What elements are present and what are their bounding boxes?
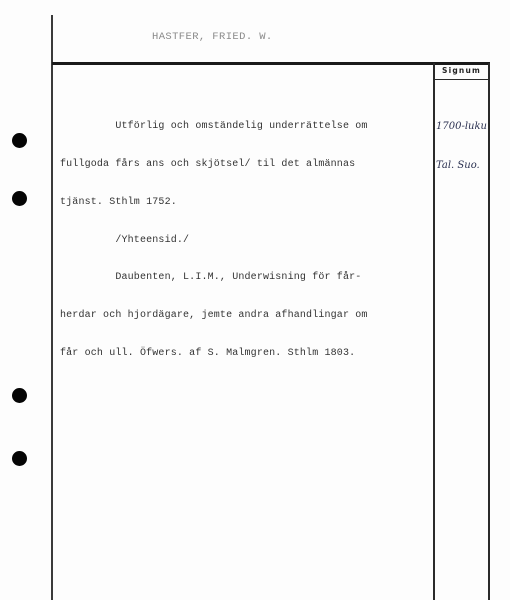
signum-column-left-rule (433, 63, 435, 600)
header-rule (52, 62, 490, 65)
punch-hole (12, 388, 27, 403)
catalog-card: HASTFER, FRIED. W. Signum Utförlig och o… (0, 0, 510, 600)
body-line: tjänst. Sthlm 1752. (60, 197, 430, 210)
signum-line: 1700-luku (436, 120, 488, 133)
signum-header-rule (434, 79, 489, 80)
body-line: herdar och hjordägare, jemte andra afhan… (60, 310, 430, 323)
signum-column-right-rule (488, 63, 490, 600)
punch-hole (12, 191, 27, 206)
card-heading: HASTFER, FRIED. W. (152, 31, 273, 43)
punch-hole (12, 451, 27, 466)
card-body-text: Utförlig och omständelig underrättelse o… (60, 96, 430, 386)
signum-handwritten: 1700-luku Tal. Suo. (436, 94, 488, 198)
body-line: /Yhteensid./ (60, 235, 430, 248)
signum-label: Signum (435, 66, 488, 75)
body-line: fullgoda fårs ans och skjötsel/ til det … (60, 159, 430, 172)
body-line: Utförlig och omständelig underrättelse o… (60, 121, 430, 134)
punch-hole (12, 133, 27, 148)
left-margin-rule (51, 15, 53, 600)
body-line: får och ull. Öfwers. af S. Malmgren. Sth… (60, 348, 430, 361)
signum-line: Tal. Suo. (436, 159, 488, 172)
body-line: Daubenten, L.I.M., Underwisning för får- (60, 272, 430, 285)
